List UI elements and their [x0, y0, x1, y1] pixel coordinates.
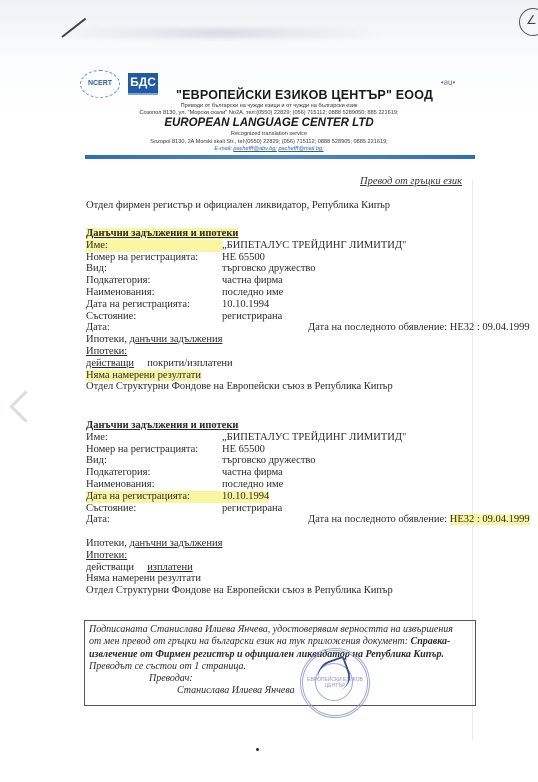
email-label: E-mail:	[214, 146, 231, 152]
company-address-en: Sozopol 8130, 2A Morski skali Str., tel:…	[0, 139, 538, 145]
partner-logo: •ǝu•	[430, 78, 466, 94]
email-link-2[interactable]: pachefff@mail.bg;	[278, 146, 323, 152]
company-title-en: EUROPEAN LANGUAGE CENTER LTD	[0, 117, 538, 129]
chevron-left-icon[interactable]	[9, 390, 42, 423]
field-row: Състояние:регистрирана	[86, 503, 530, 515]
company-email: E-mail: pachefff@abv.bg; pachefff@mail.b…	[0, 146, 538, 152]
field-row: Име:„БИПЕТАЛУС ТРЕЙДИНГ ЛИМИТИД"	[86, 432, 530, 444]
field-row: Дата на регистрацията:10.10.1994	[86, 491, 530, 503]
field-row: Номер на регистрацията:НЕ 65500	[86, 444, 530, 456]
field-row: Вид:търговско дружество	[86, 455, 530, 467]
field-row: Наименования:последно име	[86, 479, 530, 491]
scanned-document-page: ∠ NCERT БДС •ǝu• "ЕВРОПЕЙСКИ ЕЗИКОВ ЦЕНТ…	[0, 0, 538, 782]
date-row: Дата:Дата на последното обявление: НЕ32 …	[86, 514, 530, 526]
mortgages-label: Ипотеки:	[86, 346, 530, 358]
mortgages-label: Ипотеки:	[86, 550, 530, 562]
email-link-1[interactable]: pachefff@abv.bg;	[233, 146, 277, 152]
section-1: Данъчни задължения и ипотеки Име:„БИПЕТА…	[86, 228, 530, 393]
section-heading: Данъчни задължения и ипотеки	[86, 420, 238, 431]
date-row: Дата:Дата на последното обявление: НЕ32 …	[86, 322, 530, 334]
company-subtitle-en: Recognized translation service	[0, 131, 538, 137]
field-row: Подкатегория:частна фирма	[86, 275, 530, 287]
field-row: Вид:търговско дружество	[86, 263, 530, 275]
field-row: Състояние:регистрирана	[86, 311, 530, 323]
scan-speck	[256, 748, 259, 751]
corner-mark-icon: ∠	[519, 8, 538, 36]
translator-certification: Подписаната Станислава Илиева Янчева, уд…	[84, 620, 476, 706]
mortgages-line: Ипотеки, данъчни задължения	[86, 334, 530, 346]
company-title-bg: "ЕВРОПЕЙСКИ ЕЗИКОВ ЦЕНТЪР" ЕООД	[176, 88, 433, 102]
translation-note: Превод от гръцки език	[360, 176, 462, 187]
section-heading: Данъчни задължения и ипотеки	[86, 228, 238, 239]
translator-name: Станислава Илиева Янчева	[89, 685, 471, 697]
field-row: Наименования:последно име	[86, 287, 530, 299]
mortgage-status: действащи изплатени	[86, 562, 530, 574]
company-address-bg: Созопол 8130, ул. "Морски скали" No2A, т…	[0, 110, 538, 116]
translator-label: Преводач:	[89, 673, 471, 685]
mortgage-status: действащи покрити/изплатени	[86, 358, 530, 370]
no-results: Няма намерени резултати	[86, 573, 530, 585]
field-row: Номер на регистрацията:НЕ 65500	[86, 252, 530, 264]
bds-logo: БДС	[128, 73, 158, 95]
ncert-logo: NCERT	[80, 70, 120, 98]
letterhead-divider	[85, 155, 475, 159]
section-2: Данъчни задължения и ипотеки Име:„БИПЕТА…	[86, 420, 530, 597]
department-title: Отдел фирмен регистър и официален ликвид…	[86, 200, 390, 211]
no-results: Няма намерени резултати	[86, 370, 201, 381]
company-subtitle-bg: Преводи от български на чужди езици и от…	[0, 103, 538, 109]
field-row: Име:„БИПЕТАЛУС ТРЕЙДИНГ ЛИМИТИД"	[86, 240, 530, 252]
eu-department: Отдел Структурни Фондове на Европейски с…	[86, 381, 530, 393]
mortgages-line: Ипотеки, данъчни задължения	[86, 538, 530, 550]
eu-department: Отдел Структурни Фондове на Европейски с…	[86, 585, 530, 597]
field-row: Дата на регистрацията:10.10.1994	[86, 299, 530, 311]
field-row: Подкатегория:частна фирма	[86, 467, 530, 479]
scan-bleed	[60, 28, 380, 38]
